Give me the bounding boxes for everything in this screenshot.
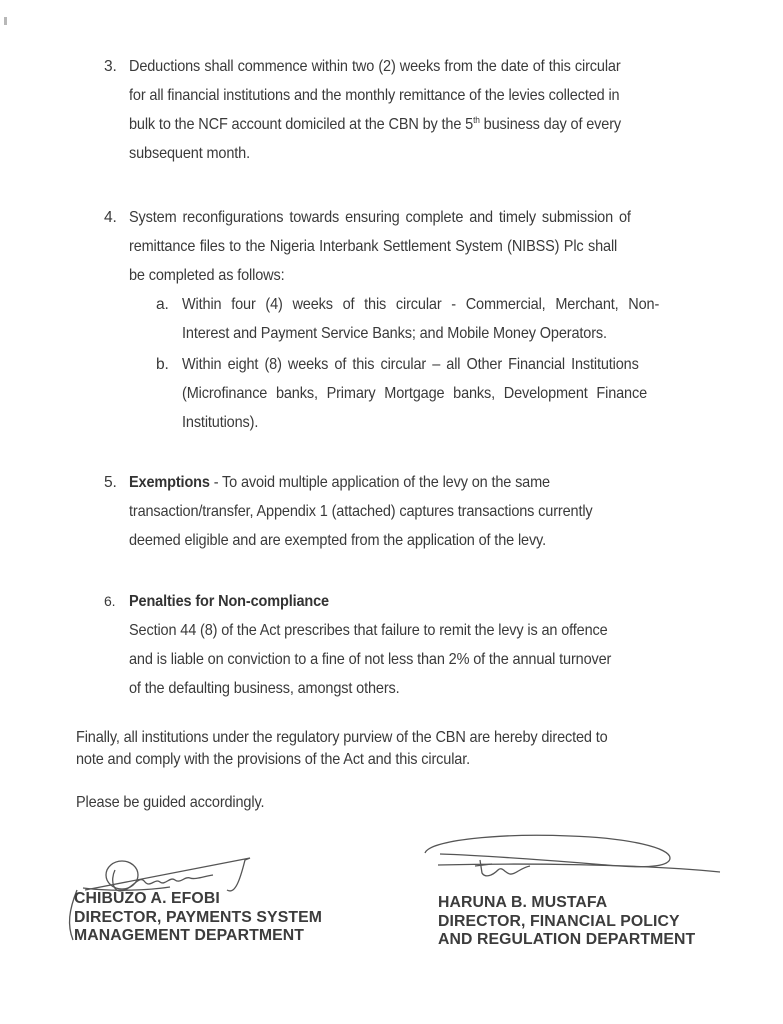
item-number: 4.	[104, 203, 117, 232]
item-number: 6.	[104, 587, 115, 616]
item-5-line-1: Exemptions - To avoid multiple applicati…	[129, 468, 593, 497]
section-heading: Penalties for Non-compliance	[129, 593, 329, 610]
subitem-letter: b.	[156, 350, 169, 379]
scan-artifact-mark	[4, 17, 7, 25]
item-3-line-3: bulk to the NCF account domiciled at the…	[129, 110, 621, 139]
signatory-2-name: HARUNA B. MUSTAFA	[438, 894, 695, 913]
item-6-line-3: of the defaulting business, amongst othe…	[129, 674, 611, 703]
signatory-1-title-2: MANAGEMENT DEPARTMENT	[74, 927, 322, 946]
signatory-2: HARUNA B. MUSTAFA DIRECTOR, FINANCIAL PO…	[438, 894, 695, 950]
closing-line-1: Finally, all institutions under the regu…	[76, 727, 608, 749]
item-3-line-2: for all financial institutions and the m…	[129, 81, 621, 110]
item-number: 3.	[104, 52, 117, 81]
item-4-line-2: remittance files to the Nigeria Interban…	[129, 232, 631, 261]
subitem-a: Within four (4) weeks of this circular -…	[182, 290, 659, 348]
guided-line: Please be guided accordingly.	[76, 788, 279, 817]
signatory-1-title-1: DIRECTOR, PAYMENTS SYSTEM	[74, 909, 322, 928]
closing-line-2: note and comply with the provisions of t…	[76, 749, 608, 771]
signatory-1: CHIBUZO A. EFOBI DIRECTOR, PAYMENTS SYST…	[74, 890, 322, 946]
item-number: 5.	[104, 468, 117, 497]
subitem-a-line-1: Within four (4) weeks of this circular -…	[182, 290, 659, 319]
item-4-line-3: be completed as follows:	[129, 261, 631, 290]
subitem-b-line-1: Within eight (8) weeks of this circular …	[182, 350, 647, 379]
signatory-2-title-2: AND REGULATION DEPARTMENT	[438, 931, 695, 950]
item-5-line-3: deemed eligible and are exempted from th…	[129, 526, 593, 555]
item-6-line-2: and is liable on conviction to a fine of…	[129, 645, 611, 674]
section-heading: Exemptions	[129, 474, 210, 491]
signature-mustafa	[420, 828, 740, 888]
subitem-letter: a.	[156, 290, 169, 319]
subitem-b-line-2: (Microfinance banks, Primary Mortgage ba…	[182, 379, 647, 408]
item-6-line-1: Section 44 (8) of the Act prescribes tha…	[129, 616, 611, 645]
subitem-b-line-3: Institutions).	[182, 408, 647, 437]
subitem-a-line-2: Interest and Payment Service Banks; and …	[182, 319, 659, 348]
item-6-heading-line: Penalties for Non-compliance	[129, 587, 611, 616]
item-5-line-2: transaction/transfer, Appendix 1 (attach…	[129, 497, 593, 526]
subitem-b: Within eight (8) weeks of this circular …	[182, 350, 647, 437]
item-4-line-1: System reconfigurations towards ensuring…	[129, 203, 631, 232]
item-3-line-4: subsequent month.	[129, 139, 621, 168]
signatory-1-name: CHIBUZO A. EFOBI	[74, 890, 322, 909]
signatory-2-title-1: DIRECTOR, FINANCIAL POLICY	[438, 913, 695, 932]
closing-paragraph: Finally, all institutions under the regu…	[76, 727, 648, 771]
item-3-line-1: Deductions shall commence within two (2)…	[129, 52, 621, 81]
